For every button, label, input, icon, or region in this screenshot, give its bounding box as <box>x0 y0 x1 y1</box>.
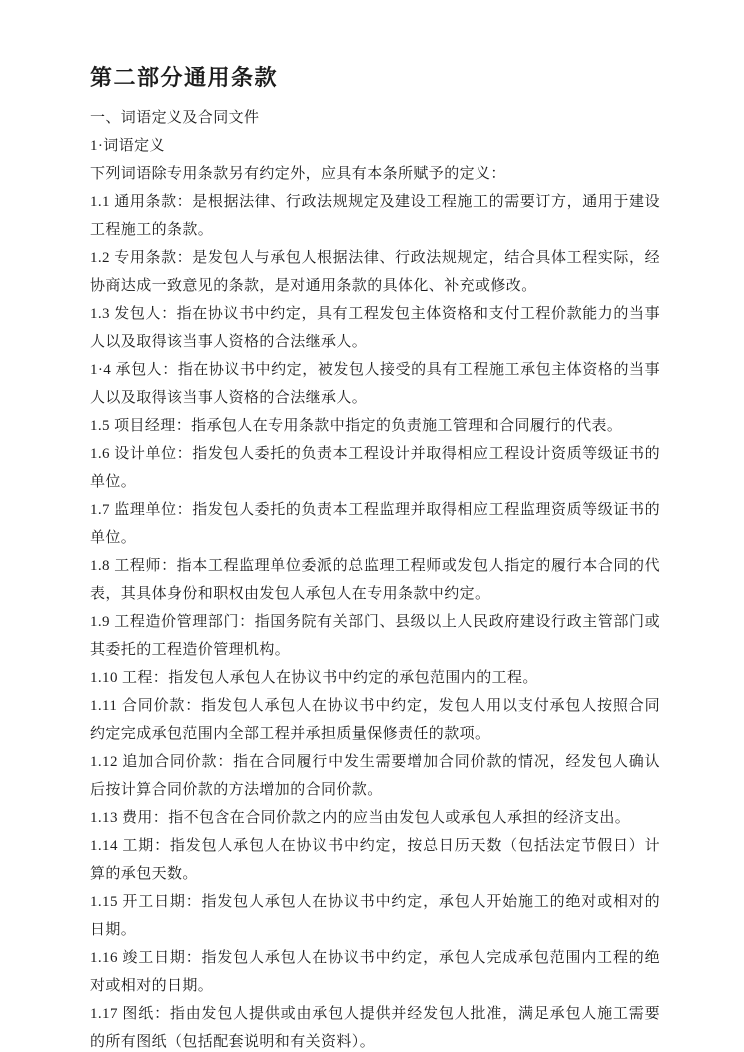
clause-paragraph: 1.11 合同价款：指发包人承包人在协议书中约定，发包人用以支付承包人按照合同约… <box>90 692 660 748</box>
clause-paragraph: 1.7 监理单位：指发包人委托的负责本工程监理并取得相应工程监理资质等级证书的单… <box>90 496 660 552</box>
clause-paragraph: 1.9 工程造价管理部门：指国务院有关部门、县级以上人民政府建设行政主管部门或其… <box>90 608 660 664</box>
clause-paragraph: 1.8 工程师：指本工程监理单位委派的总监理工程师或发包人指定的履行本合同的代表… <box>90 552 660 608</box>
subsection-heading: 1·词语定义 <box>90 132 660 160</box>
clause-paragraph: 1.5 项目经理：指承包人在专用条款中指定的负责施工管理和合同履行的代表。 <box>90 412 660 440</box>
document-page: 第二部分通用条款 一、词语定义及合同文件 1·词语定义 下列词语除专用条款另有约… <box>0 0 744 1052</box>
clause-paragraph: 1.15 开工日期：指发包人承包人在协议书中约定，承包人开始施工的绝对或相对的日… <box>90 888 660 944</box>
intro-text: 下列词语除专用条款另有约定外，应具有本条所赋予的定义： <box>90 160 660 188</box>
clause-paragraph: 1.6 设计单位：指发包人委托的负责本工程设计并取得相应工程设计资质等级证书的单… <box>90 440 660 496</box>
clause-paragraph: 1.10 工程：指发包人承包人在协议书中约定的承包范围内的工程。 <box>90 664 660 692</box>
clause-paragraph: 1.2 专用条款：是发包人与承包人根据法律、行政法规规定，结合具体工程实际，经协… <box>90 244 660 300</box>
clause-paragraph: 1.1 通用条款：是根据法律、行政法规规定及建设工程施工的需要订方，通用于建设工… <box>90 188 660 244</box>
clause-paragraph: 1.12 追加合同价款：指在合同履行中发生需要增加合同价款的情况，经发包人确认后… <box>90 748 660 804</box>
clause-paragraph: 1.3 发包人：指在协议书中约定，具有工程发包主体资格和支付工程价款能力的当事人… <box>90 300 660 356</box>
page-title: 第二部分通用条款 <box>90 60 660 96</box>
clause-paragraph: 1·4 承包人：指在协议书中约定，被发包人接受的具有工程施工承包主体资格的当事人… <box>90 356 660 412</box>
clause-paragraph: 1.14 工期：指发包人承包人在协议书中约定，按总日历天数（包括法定节假日）计算… <box>90 832 660 888</box>
clause-paragraph: 1.17 图纸：指由发包人提供或由承包人提供并经发包人批准，满足承包人施工需要的… <box>90 1000 660 1052</box>
clause-paragraph: 1.16 竣工日期：指发包人承包人在协议书中约定，承包人完成承包范围内工程的绝对… <box>90 944 660 1000</box>
section-heading: 一、词语定义及合同文件 <box>90 104 660 132</box>
clause-paragraph: 1.13 费用：指不包含在合同价款之内的应当由发包人或承包人承担的经济支出。 <box>90 804 660 832</box>
